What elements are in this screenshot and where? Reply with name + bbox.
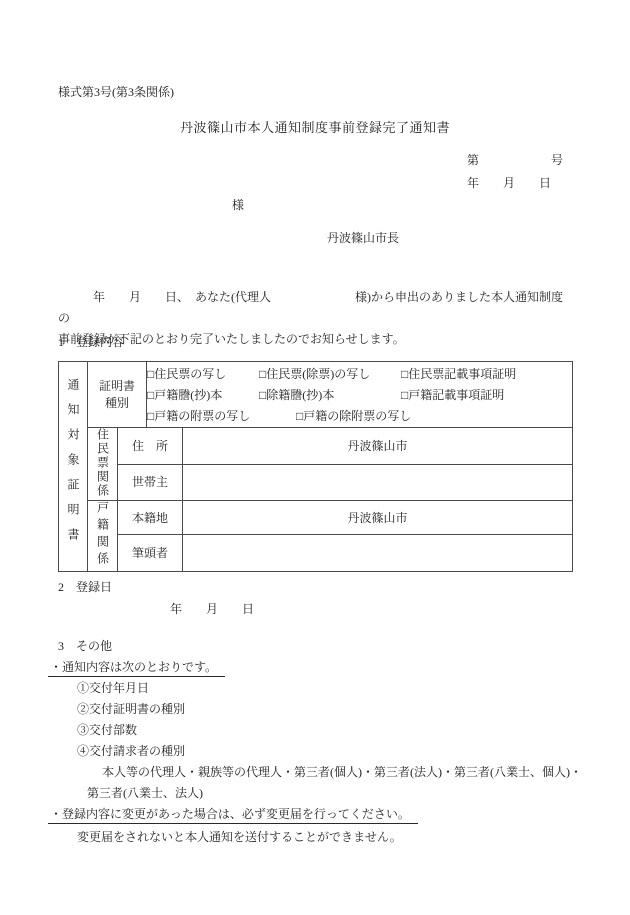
field-value-registered-domicile: 丹波篠山市 xyxy=(183,501,573,535)
table-row: 世帯主 xyxy=(59,464,573,501)
checkbox-label: 住民票記載事項証明 xyxy=(408,368,516,380)
field-label-address: 住 所 xyxy=(118,428,183,465)
table-row-header-certificates: 通知対象証明書 xyxy=(59,362,88,572)
checkbox-icon: □ xyxy=(401,368,408,380)
list-item: ④交付請求者の種別 xyxy=(77,745,185,757)
cert-type-options-cell: □住民票の写し □住民票(除票)の写し □住民票記載事項証明 □戸籍謄(抄)本 … xyxy=(147,362,573,428)
checkbox-option: □住民票の写し xyxy=(147,368,259,380)
checkbox-option: □戸籍記載事項証明 xyxy=(401,389,572,401)
section3-heading: 3 その他 xyxy=(58,640,112,652)
notice-bullet-1: ・通知内容は次のとおりです。 xyxy=(48,661,225,677)
cert-type-header-cell: 証明書種別 xyxy=(88,362,147,428)
doc-number-line: 第 号 xyxy=(467,154,563,166)
checkbox-label: 除籍謄(抄)本 xyxy=(266,389,334,401)
field-value-address: 丹波篠山市 xyxy=(183,428,573,465)
checkbox-icon: □ xyxy=(401,389,408,401)
form-number: 様式第3号(第3条関係) xyxy=(58,86,174,98)
field-value-householder xyxy=(183,464,573,501)
checkbox-row: □住民票の写し □住民票(除票)の写し □住民票記載事項証明 xyxy=(147,363,572,384)
checkbox-row: □戸籍の附票の写し □戸籍の除附票の写し xyxy=(147,405,572,426)
checkbox-label: 戸籍の除附票の写し xyxy=(303,410,411,422)
section1-heading: 1 登録内容 xyxy=(58,336,124,348)
checkbox-icon: □ xyxy=(296,410,303,422)
group-header-family-register: 戸籍関係 xyxy=(88,501,118,572)
table-row: 戸籍関係 本籍地 丹波篠山市 xyxy=(59,501,573,535)
notice-bullet-2: ・登録内容に変更があった場合は、必ず変更届を行ってください。 xyxy=(48,808,418,824)
checkbox-label: 住民票(除票)の写し xyxy=(266,368,370,380)
checkbox-option: □戸籍の附票の写し xyxy=(147,410,296,422)
checkbox-option: □除籍謄(抄)本 xyxy=(259,389,401,401)
field-label-head-of-register: 筆頭者 xyxy=(118,535,183,572)
section2-date-line: 年 月 日 xyxy=(170,603,254,615)
checkbox-label: 戸籍記載事項証明 xyxy=(408,389,504,401)
underlined-text: ・通知内容は次のとおりです。 xyxy=(48,661,225,677)
group-label: 住民票関係 xyxy=(97,428,109,498)
table-row: 住民票関係 住 所 丹波篠山市 xyxy=(59,428,573,465)
doc-date-line: 年 月 日 xyxy=(467,177,551,189)
checkbox-row: □戸籍謄(抄)本 □除籍謄(抄)本 □戸籍記載事項証明 xyxy=(147,384,572,405)
field-label-registered-domicile: 本籍地 xyxy=(118,501,183,535)
vertical-header-label: 通知対象証明書 xyxy=(67,378,79,553)
checkbox-option: □住民票(除票)の写し xyxy=(259,368,401,380)
table-row: 筆頭者 xyxy=(59,535,573,572)
requester-types-line-1: 本人等の代理人・親族等の代理人・第三者(個人)・第三者(法人)・第三者(八業士、… xyxy=(102,766,582,778)
registration-table: 通知対象証明書 証明書種別 □住民票の写し □住民票(除票)の写し □住民票記載… xyxy=(58,361,573,572)
checkbox-label: 戸籍謄(抄)本 xyxy=(154,389,222,401)
checkbox-label: 住民票の写し xyxy=(154,368,226,380)
checkbox-icon: □ xyxy=(147,368,154,380)
requester-types-line-2: 第三者(八業士、法人) xyxy=(87,787,203,799)
cert-type-label: 証明書種別 xyxy=(97,378,137,412)
checkbox-icon: □ xyxy=(147,410,154,422)
underlined-text: ・登録内容に変更があった場合は、必ず変更届を行ってください。 xyxy=(48,808,418,824)
checkbox-icon: □ xyxy=(259,368,266,380)
body-paragraph: 年 月 日、 あなた(代理人 様)から申出のありました本人通知制度の 事前登録が… xyxy=(58,287,574,350)
body-line-1: 年 月 日、 あなた(代理人 様)から申出のありました本人通知制度の xyxy=(58,290,563,325)
field-label-householder: 世帯主 xyxy=(118,464,183,501)
checkbox-option: □戸籍謄(抄)本 xyxy=(147,389,259,401)
group-label: 戸籍関係 xyxy=(97,501,109,569)
sender-name: 丹波篠山市長 xyxy=(327,232,399,244)
note-text: 変更届をされないと本人通知を送付することができません。 xyxy=(77,831,402,843)
checkbox-option: □住民票記載事項証明 xyxy=(401,368,572,380)
list-item: ①交付年月日 xyxy=(77,682,149,694)
checkbox-option: □戸籍の除附票の写し xyxy=(296,410,572,422)
list-item: ②交付証明書の種別 xyxy=(77,703,185,715)
document-page: 様式第3号(第3条関係) 丹波篠山市本人通知制度事前登録完了通知書 第 号 年 … xyxy=(0,0,630,915)
section2-heading: 2 登録日 xyxy=(58,581,112,593)
checkbox-icon: □ xyxy=(259,389,266,401)
addressee-suffix: 様 xyxy=(232,199,244,211)
list-item: ③交付部数 xyxy=(77,724,137,736)
group-header-resident-record: 住民票関係 xyxy=(88,428,118,501)
page-title: 丹波篠山市本人通知制度事前登録完了通知書 xyxy=(0,121,630,134)
checkbox-icon: □ xyxy=(147,389,154,401)
checkbox-label: 戸籍の附票の写し xyxy=(154,410,250,422)
field-value-head-of-register xyxy=(183,535,573,572)
